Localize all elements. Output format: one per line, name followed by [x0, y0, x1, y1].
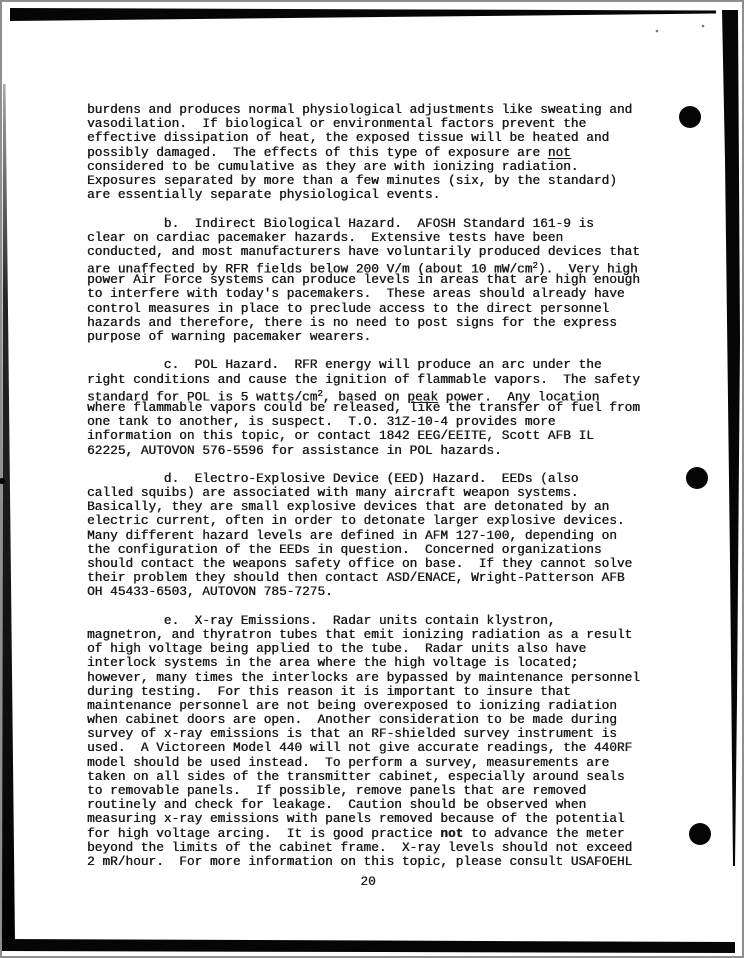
text-line: one tank to another, is suspect. T.O. 31…	[87, 415, 640, 429]
hole-punch-mark	[689, 823, 711, 845]
scan-edge-top-streak	[10, 8, 716, 21]
text-line: called squibs) are associated with many …	[87, 486, 640, 500]
scan-edge-left-streak	[2, 84, 15, 943]
text-line: measuring x-ray emissions with panels re…	[87, 812, 640, 826]
text-line: the configuration of the EEDs in questio…	[87, 543, 640, 557]
document-body: burdens and produces normal physiologica…	[87, 103, 640, 869]
hole-punch-mark	[679, 106, 701, 128]
text-line: model should be used instead. To perform…	[87, 756, 640, 770]
text-line: hazards and therefore, there is no need …	[87, 316, 640, 330]
text-line: survey of x-ray emissions is that an RF-…	[87, 727, 640, 741]
text-line: Many different hazard levels are defined…	[87, 529, 640, 543]
text-line: standard for POL is 5 watts/cm2, based o…	[87, 387, 640, 401]
scan-speck	[702, 25, 705, 28]
text-line: burdens and produces normal physiologica…	[87, 103, 640, 117]
scan-speck	[656, 30, 659, 33]
scanned-document-page: burdens and produces normal physiologica…	[0, 0, 744, 958]
text-line: possibly damaged. The effects of this ty…	[87, 146, 640, 160]
text-line: b. Indirect Biological Hazard. AFOSH Sta…	[87, 217, 640, 231]
text-line: are unaffected by RFR fields below 200 V…	[87, 259, 640, 273]
text-line: where flammable vapors could be released…	[87, 401, 640, 415]
text-line: however, many times the interlocks are b…	[87, 671, 640, 685]
text-line: d. Electro-Explosive Device (EED) Hazard…	[87, 472, 640, 486]
paragraph: c. POL Hazard. RFR energy will produce a…	[87, 358, 640, 457]
text-line: their problem they should then contact A…	[87, 571, 640, 585]
text-line: to removable panels. If possible, remove…	[87, 784, 640, 798]
text-line: magnetron, and thyratron tubes that emit…	[87, 628, 640, 642]
text-line: beyond the limits of the cabinet frame. …	[87, 841, 640, 855]
text-line: taken on all sides of the transmitter ca…	[87, 770, 640, 784]
text-line: used. A Victoreen Model 440 will not giv…	[87, 741, 640, 755]
text-line: effective dissipation of heat, the expos…	[87, 131, 640, 145]
text-line: maintenance personnel are not being over…	[87, 699, 640, 713]
text-line: considered to be cumulative as they are …	[87, 160, 640, 174]
text-line: Exposures separated by more than a few m…	[87, 174, 640, 188]
paragraph: d. Electro-Explosive Device (EED) Hazard…	[87, 472, 640, 600]
text-line: to interfere with today's pacemakers. Th…	[87, 287, 640, 301]
text-line: control measures in place to preclude ac…	[87, 302, 640, 316]
paragraph: e. X-ray Emissions. Radar units contain …	[87, 614, 640, 869]
text-line: purpose of warning pacemaker wearers.	[87, 330, 640, 344]
paragraph: burdens and produces normal physiologica…	[87, 103, 640, 202]
text-line: of high voltage being applied to the tub…	[87, 642, 640, 656]
page-number: 20	[87, 875, 649, 889]
hole-punch-mark	[686, 467, 708, 489]
text-line: conducted, and most manufacturers have v…	[87, 245, 640, 259]
text-line: OH 45433-6503, AUTOVON 785-7275.	[87, 585, 640, 599]
paragraph: b. Indirect Biological Hazard. AFOSH Sta…	[87, 217, 640, 345]
text-line: when cabinet doors are open. Another con…	[87, 713, 640, 727]
text-line: right conditions and cause the ignition …	[87, 373, 640, 387]
scan-edge-bottom-bar	[2, 939, 735, 953]
text-line: 62225, AUTOVON 576-5596 for assistance i…	[87, 444, 640, 458]
text-line: for high voltage arcing. It is good prac…	[87, 827, 640, 841]
scan-edge-right-streak	[722, 10, 740, 866]
text-line: 2 mR/hour. For more information on this …	[87, 855, 640, 869]
text-line: power Air Force systems can produce leve…	[87, 273, 640, 287]
text-line: e. X-ray Emissions. Radar units contain …	[87, 614, 640, 628]
text-line: interlock systems in the area where the …	[87, 656, 640, 670]
text-line: Basically, they are small explosive devi…	[87, 500, 640, 514]
scan-speck	[0, 478, 5, 484]
text-line: are essentially separate physiological e…	[87, 188, 640, 202]
text-line: clear on cardiac pacemaker hazards. Exte…	[87, 231, 640, 245]
text-line: c. POL Hazard. RFR energy will produce a…	[87, 358, 640, 372]
text-line: electric current, often in order to deto…	[87, 514, 640, 528]
text-line: vasodilation. If biological or environme…	[87, 117, 640, 131]
text-line: routinely and check for leakage. Caution…	[87, 798, 640, 812]
text-line: during testing. For this reason it is im…	[87, 685, 640, 699]
text-line: information on this topic, or contact 18…	[87, 429, 640, 443]
text-line: should contact the weapons safety office…	[87, 557, 640, 571]
